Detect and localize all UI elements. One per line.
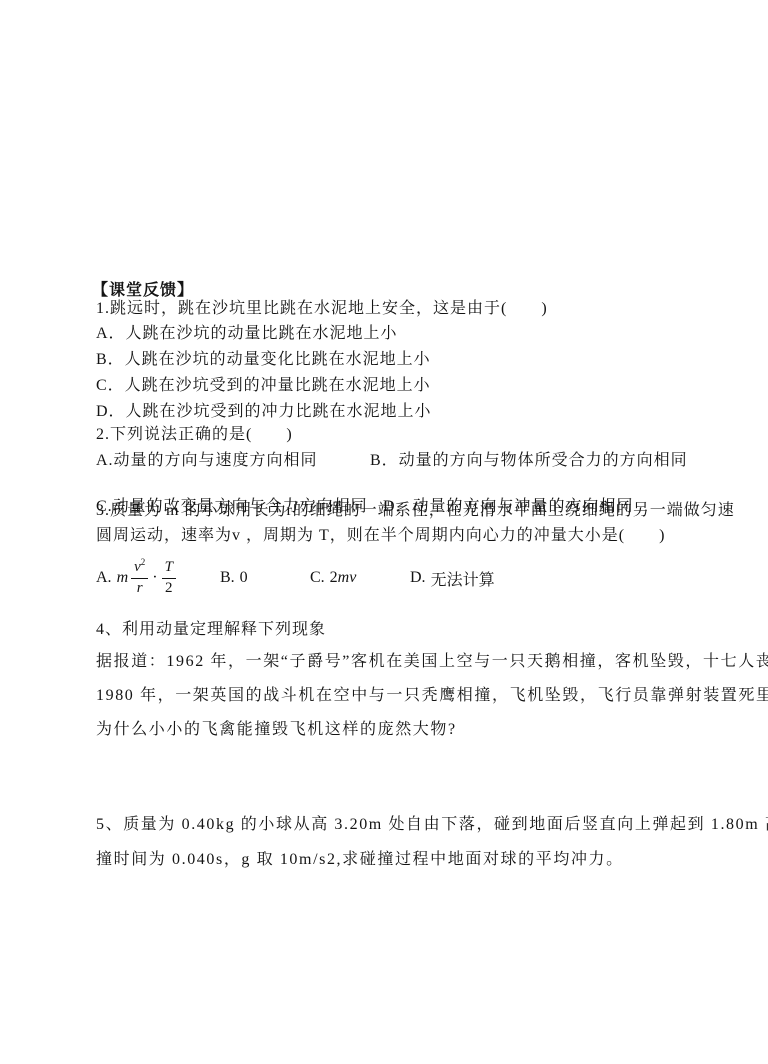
q3-option-d-label: D. bbox=[410, 569, 426, 587]
q3-option-a-mass-symbol: m bbox=[117, 569, 129, 587]
q3-option-b-label: B. bbox=[220, 569, 235, 587]
q3-option-a: A. m v2 r · T 2 bbox=[96, 556, 179, 600]
q3-option-c-coefficient: 2 bbox=[330, 569, 338, 587]
worksheet-content: 【课堂反馈】 1.跳远时，跳在沙坑里比跳在水泥地上安全，这是由于( ) A．人跳… bbox=[92, 0, 744, 40]
q5-line-1: 5、质量为 0.40kg 的小球从高 3.20m 处自由下落，碰到地面后竖直向上… bbox=[92, 815, 748, 835]
section-title: 【课堂反馈】 bbox=[92, 281, 744, 301]
fraction-denominator-r: r bbox=[131, 579, 148, 597]
q5-line-2: 撞时间为 0.040s，g 取 10m/s2,求碰撞过程中地面对球的平均冲力。 bbox=[92, 850, 748, 870]
q2-option-a: A.动量的方向与速度方向相同 bbox=[96, 452, 318, 469]
q1-option-d: D．人跳在沙坑受到的冲力比跳在水泥地上小 bbox=[92, 402, 748, 422]
q1-option-b: B．人跳在沙坑的动量变化比跳在水泥地上小 bbox=[92, 350, 748, 370]
fraction-denominator-2: 2 bbox=[162, 579, 176, 597]
fraction-v-squared-over-r: v2 r bbox=[131, 560, 148, 597]
q3-option-a-label: A. bbox=[96, 569, 112, 587]
q3-option-b-value: 0 bbox=[240, 569, 248, 587]
fraction-numerator-v: v bbox=[134, 559, 141, 575]
q2-options-line-1: A.动量的方向与速度方向相同 B．动量的方向与物体所受合力的方向相同 bbox=[92, 451, 748, 471]
q4-line-3: 为什么小小的飞禽能撞毁飞机这样的庞然大物? bbox=[92, 720, 748, 740]
q3-option-c-label: C. bbox=[310, 569, 325, 587]
q3-option-b: B. 0 bbox=[220, 556, 248, 600]
q3-stem-line-1: 3.质量为 m 的小球用长为r的细绳的一端系住，在光滑水平面上绕细绳的另一端做匀… bbox=[92, 501, 748, 521]
q1-option-a: A．人跳在沙坑的动量比跳在水泥地上小 bbox=[92, 324, 748, 344]
worksheet-page: 【课堂反馈】 1.跳远时，跳在沙坑里比跳在水泥地上安全，这是由于( ) A．人跳… bbox=[0, 0, 768, 1064]
fraction-numerator-t: T bbox=[162, 560, 176, 579]
q3-option-c-variables: mv bbox=[338, 569, 357, 587]
q1-option-c: C．人跳在沙坑受到的冲量比跳在水泥地上小 bbox=[92, 376, 748, 396]
q3-option-d: D. 无法计算 bbox=[410, 556, 495, 600]
fraction-t-over-2: T 2 bbox=[162, 560, 176, 597]
q1-stem: 1.跳远时，跳在沙坑里比跳在水泥地上安全，这是由于( ) bbox=[92, 299, 748, 319]
q4-line-1: 据报道：1962 年，一架“子爵号”客机在美国上空与一只天鹅相撞，客机坠毁，十七… bbox=[92, 652, 748, 672]
q3-options-row: A. m v2 r · T 2 B. 0 C. 2 mv bbox=[92, 556, 744, 600]
fraction-exponent: 2 bbox=[141, 557, 146, 567]
multiplication-dot: · bbox=[152, 569, 157, 587]
q4-line-2: 1980 年，一架英国的战斗机在空中与一只秃鹰相撞，飞机坠毁，飞行员靠弹射装置死… bbox=[92, 686, 748, 706]
q3-option-c: C. 2 mv bbox=[310, 556, 356, 600]
q3-stem-line-2: 圆周运动，速率为v ，周期为 T，则在半个周期内向心力的冲量大小是( ) bbox=[92, 526, 748, 546]
q4-heading: 4、利用动量定理解释下列现象 bbox=[92, 620, 748, 640]
q2-option-b: B．动量的方向与物体所受合力的方向相同 bbox=[370, 451, 688, 471]
q3-option-d-text: 无法计算 bbox=[431, 567, 495, 590]
q2-stem: 2.下列说法正确的是( ) bbox=[92, 425, 748, 445]
